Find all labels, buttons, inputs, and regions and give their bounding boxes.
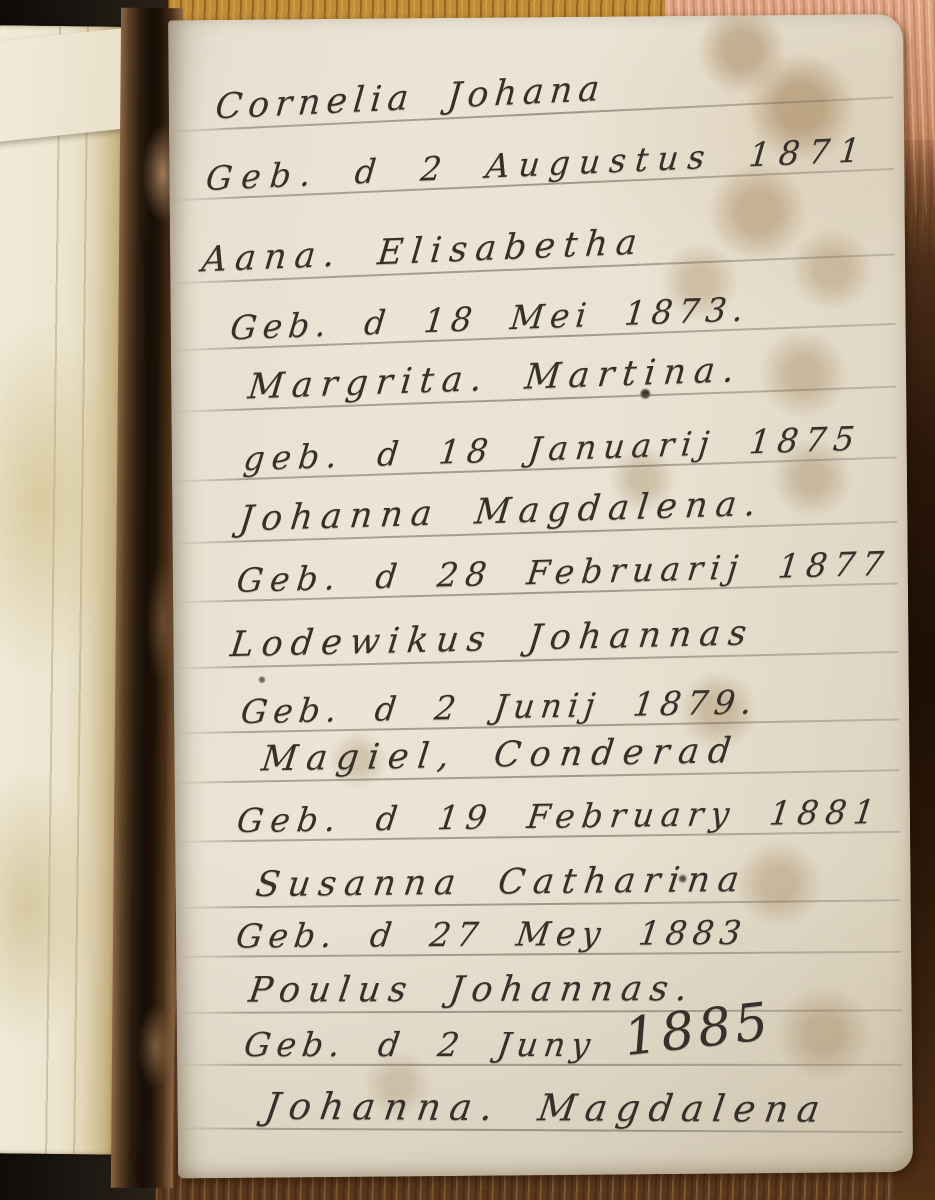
handwriting-line: Poulus Johannas. <box>177 955 902 1014</box>
register-page: Cornelia Johana Geb. d 2 Augustus 1871 A… <box>168 14 913 1178</box>
entry-name: Johanna. Magdalena <box>262 1088 831 1133</box>
book-photo: Cornelia Johana Geb. d 2 Augustus 1871 A… <box>0 0 935 1200</box>
handwriting-line: Johanna. Magdalena <box>178 1073 903 1133</box>
left-page-stack <box>0 25 129 1155</box>
handwriting-line: Geb. d 27 Mey 1883 <box>176 897 901 958</box>
year-1885-annotation: 1885 <box>621 996 774 1064</box>
entry-birthdate: Geb. d 27 Mey 1883 <box>234 916 750 958</box>
handwriting-line: Geb. d 19 February 1881 <box>174 777 900 843</box>
handwriting-line: Geb. d 2 Juny <box>177 1010 902 1066</box>
ruled-line <box>177 1064 902 1066</box>
entry-birthdate: Geb. d 2 Juny <box>241 1028 598 1066</box>
